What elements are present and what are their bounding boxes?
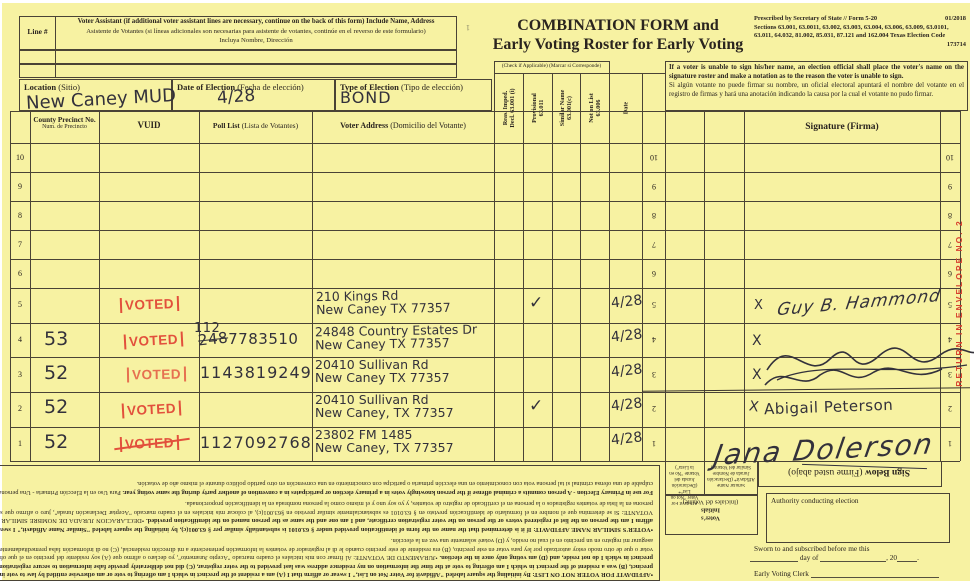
column-header-date: Date [609, 73, 642, 143]
form-title-line2: Early Voting Roster for Early Voting [480, 36, 756, 54]
precinct-handwritten: 52 [44, 431, 68, 453]
row-number-flipped: 8 [646, 211, 662, 220]
vote-date-handwritten: 4/28 [610, 326, 643, 345]
prescribed-block: Prescribed by Secretary of State // Form… [754, 15, 966, 50]
provisional-checkmark: ✓ [529, 396, 543, 416]
voter-address-handwritten: 23802 FM 1485 New Caney, TX 77357 [315, 428, 454, 454]
voter-assistant-text-es2: Incluya Nombre, Dirección [58, 37, 454, 44]
voter-address-handwritten: 20410 Sullivan Rd New Caney TX 77357 [315, 358, 450, 384]
precinct-handwritten: 52 [44, 362, 68, 384]
voted-stamp: VOTED [127, 366, 186, 382]
form-paper: Line # Voter Assistant (if additional vo… [2, 3, 970, 581]
column-header-reas-imped: Reas. Imped.Decl. 63.001 (i) [494, 73, 523, 143]
row-number-left: 4 [12, 335, 28, 344]
prescribed-sections: Sections 63.001, 63.0011, 63.002, 63.003… [754, 24, 966, 41]
row-number-left: 6 [12, 269, 28, 278]
vote-date-handwritten: 4/28 [610, 395, 643, 414]
signature-x-mark: X [748, 398, 760, 415]
grid-line [744, 111, 745, 461]
grid-line [99, 111, 100, 461]
grid-line [523, 73, 524, 461]
scanned-voting-form: { "colors":{"paper":"#f7f2a2","ink":"#2a… [0, 0, 974, 586]
not-on-list-initials-cell: Affidavit For Voter "Not on List"* (Decl… [665, 461, 705, 495]
row-number-left: 8 [12, 211, 28, 220]
vote-date-handwritten: 4/28 [610, 292, 643, 311]
column-header-provisional: Provisional63.011 [523, 73, 552, 143]
column-header-similar-name: Similar Name63.001(c) [552, 73, 580, 143]
row-number-flipped: 7 [646, 240, 662, 249]
grid-line [30, 111, 31, 461]
row-number-left: 1 [12, 439, 28, 448]
vote-date-handwritten: 4/28 [610, 361, 643, 380]
row-number-left: 5 [12, 300, 28, 309]
poll-list-number-handwritten: 1143819249 [200, 363, 312, 382]
return-envelope-label: RETURN IN ENVELOPE NO. 2 [950, 143, 970, 463]
provisional-checkmark: ✓ [529, 293, 543, 313]
authority-box: Authority conducting election [766, 493, 950, 543]
corrected-digits: 112 [194, 321, 220, 336]
grid-line [10, 259, 960, 260]
grid-line [704, 111, 705, 461]
row-number-flipped: 2 [646, 404, 662, 413]
grid-line [10, 111, 960, 112]
row-number-left: 7 [12, 240, 28, 249]
grid-line [10, 230, 960, 231]
voted-stamp: VOTED [120, 296, 180, 313]
prescribed-revision: 01/2018 [945, 15, 966, 24]
poll-list-number-handwritten: 1127092768 [200, 433, 312, 452]
election-date-value-handwritten: 4/28 [216, 86, 255, 109]
voter-address-handwritten: 20410 Sullivan Rd New Caney, TX 77357 [315, 393, 454, 419]
row-number-left: 9 [12, 182, 28, 191]
grid-line [580, 73, 581, 461]
affidavit-paragraphs-box: •AFFIDAVIT FOR VOTER NOT ON LIST: By ini… [0, 465, 660, 581]
primary-election-note-en: For use in Primary Election - A person c… [123, 489, 653, 496]
location-label: Location [24, 82, 56, 92]
grid-line [199, 111, 200, 461]
precinct-handwritten: 52 [44, 396, 68, 418]
voter-assistant-text-es: Asistente de Votantes (si líneas adicion… [58, 28, 454, 35]
grid-line [665, 111, 666, 461]
vuid-column-header: VUID [99, 120, 199, 130]
voter-signature: Guy B. Hammond [776, 286, 943, 321]
prescribed-line1: Prescribed by Secretary of State // Form… [754, 15, 877, 24]
grid-line [10, 427, 960, 428]
precinct-column-header: County Precinct No. Num. de Precincto [31, 116, 98, 130]
election-type-value-handwritten: BOND [340, 88, 392, 107]
row-number-left: 3 [12, 370, 28, 379]
early-voting-clerk-line: Early Voting Clerk [754, 569, 939, 578]
voter-assistant-row-1 [19, 50, 457, 64]
grid-line [55, 16, 56, 78]
clerk-label: Early Voting Clerk [754, 569, 809, 578]
row-number-flipped: 6 [646, 269, 662, 278]
voter-signature: Abigail Peterson [764, 396, 894, 419]
signature-x-mark: X [752, 333, 762, 349]
voted-stamp: VOTED [122, 400, 182, 418]
grid-line [10, 288, 960, 289]
sworn-text: Sworn to and subscribed before me this [754, 544, 870, 553]
row-number-flipped: 9 [646, 182, 662, 191]
precinct-handwritten: 53 [44, 328, 68, 350]
voter-address-column-header: Voter Address (Domicilio del Votante) [312, 121, 494, 130]
voter-assistant-text-en: Voter Assistant (if additional voter ass… [58, 18, 454, 25]
grid-line [10, 143, 960, 144]
unable-to-sign-es: Si algún votante no puede firmar su nomb… [669, 82, 964, 99]
row-number-flipped: 4 [646, 335, 662, 344]
poll-list-number-handwritten: 248 112 7783510 [198, 330, 298, 348]
voters-initials-box: Voter's Initials (Iniciales del Votante) [665, 495, 758, 535]
signature-column-header: Signature (Firma) [744, 122, 940, 132]
affidavit-paragraphs-flipped: •AFFIDAVIT FOR VOTER NOT ON LIST: By ini… [0, 468, 653, 578]
flip-line-number: 1 [466, 23, 470, 32]
vote-date-handwritten: 4/28 [610, 429, 643, 448]
row-number-flipped: 3 [646, 370, 662, 379]
grid-line [312, 111, 313, 461]
form-number: 173714 [754, 41, 966, 50]
voter-assistant-row-2 [19, 64, 457, 78]
grid-line [10, 172, 960, 173]
voter-address-handwritten: 24848 Country Estates Dr New Caney TX 77… [315, 323, 478, 352]
grid-line [10, 201, 960, 202]
grid-line [552, 73, 553, 461]
unable-to-sign-box: If a voter is unable to sign his/her nam… [665, 61, 968, 111]
authority-label: Authority conducting election [771, 496, 949, 505]
signature-x-mark: X [754, 298, 763, 313]
voted-stamp: VOTED [124, 331, 184, 349]
row-number-left: 10 [12, 153, 28, 162]
row-number-flipped: 10 [646, 153, 662, 162]
check-if-applicable-header: (Check if Applicable) (Marcar si Corresp… [494, 63, 609, 69]
line-number-label: Line # [20, 27, 55, 36]
row-number-left: 2 [12, 404, 28, 413]
poll-list-column-header: Poll List (Lista de Votantes) [199, 121, 312, 130]
column-header-not-on-list: Not on List63.006 [580, 73, 609, 143]
row-number-flipped: 5 [646, 300, 662, 309]
voter-address-handwritten: 210 Kings Rd New Caney TX 77357 [316, 288, 451, 317]
form-title-line1: COMBINATION FORM and [480, 17, 756, 35]
sworn-day-line: day of , 20. [750, 553, 919, 562]
unable-to-sign-en: If a voter is unable to sign his/her nam… [669, 64, 964, 81]
grid-line [494, 61, 495, 461]
row-number-flipped: 1 [646, 439, 662, 448]
